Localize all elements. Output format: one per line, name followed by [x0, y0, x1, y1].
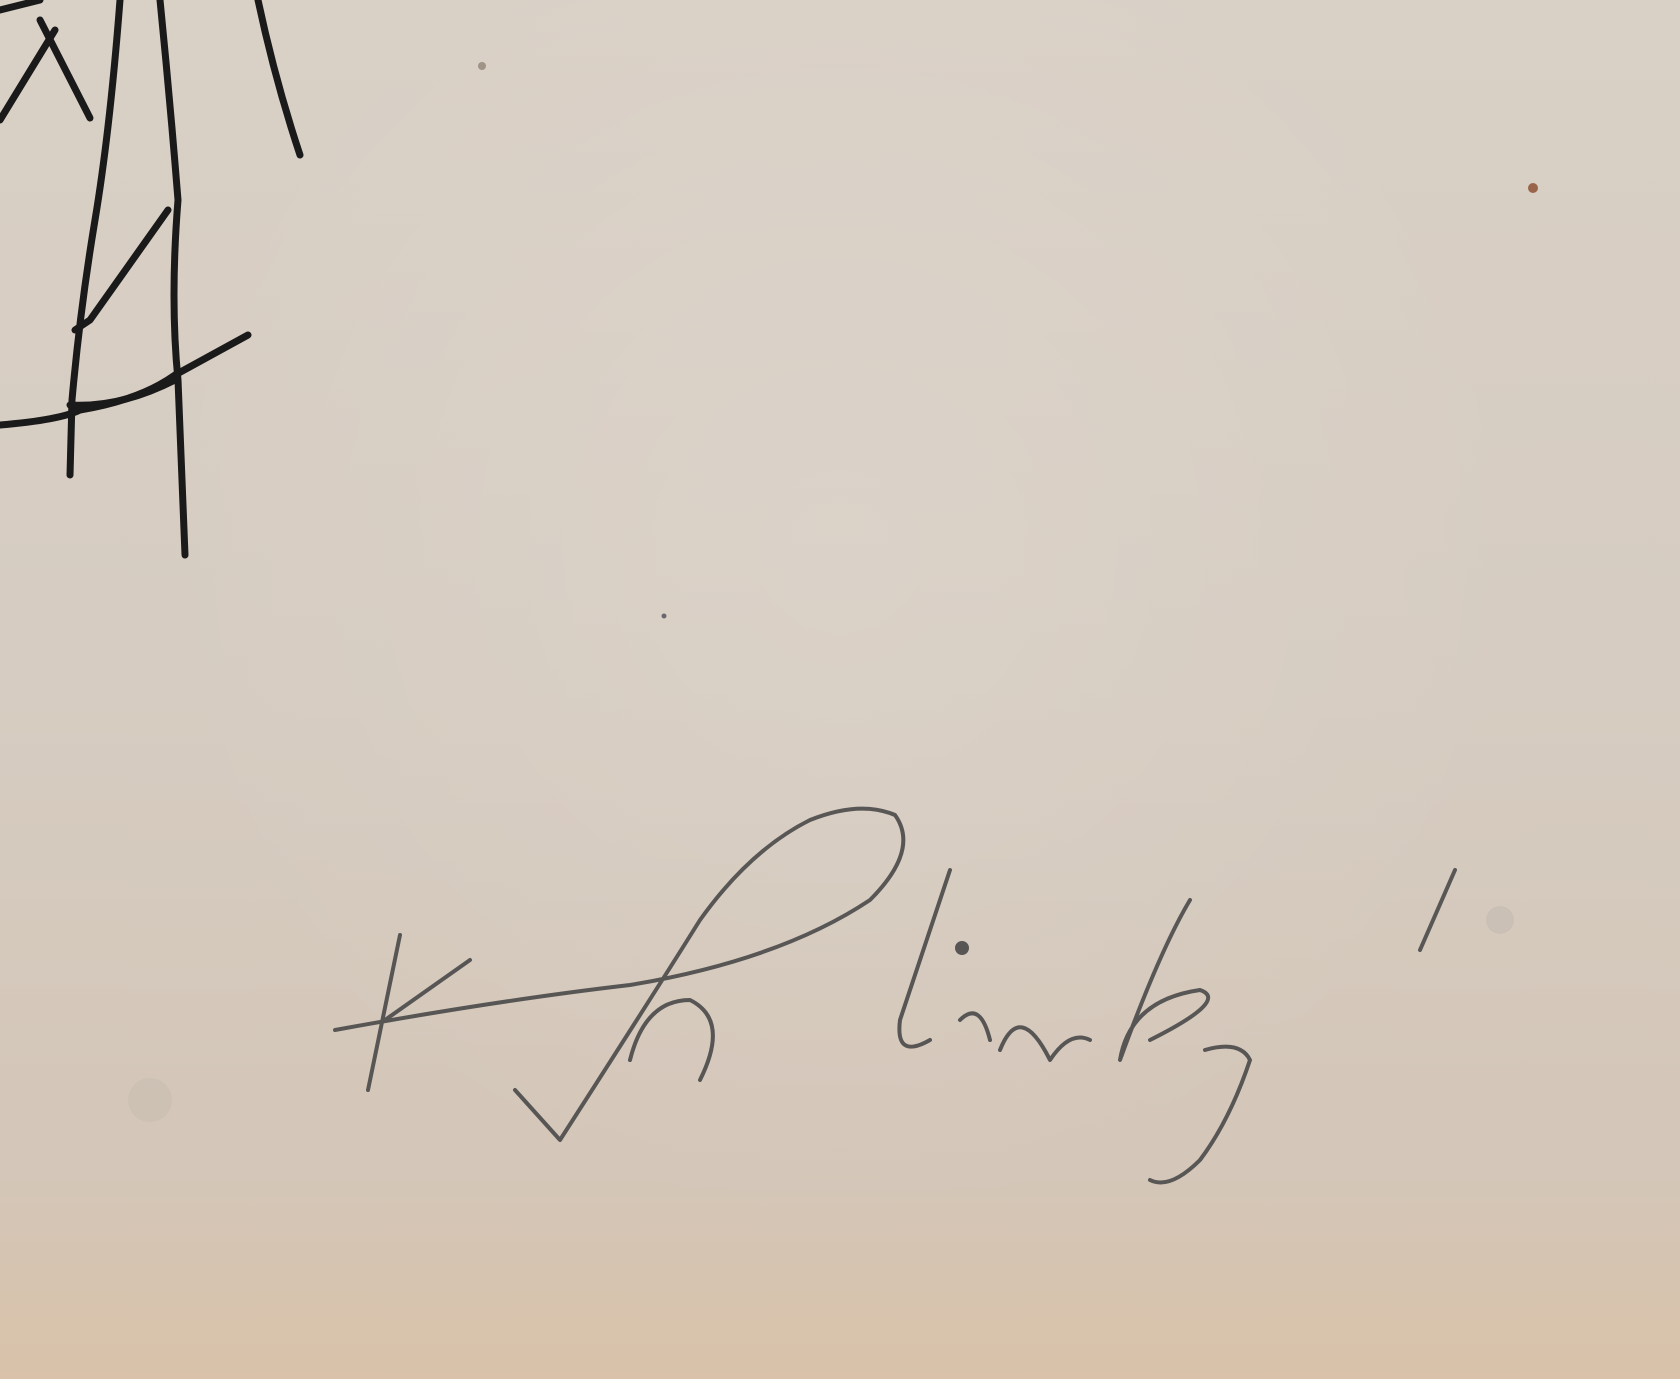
- paper-marks: [128, 62, 1538, 1122]
- pencil-signature: [335, 809, 1455, 1183]
- ink-drawing: [0, 0, 300, 555]
- paper-background: K. Sobinsky: [0, 0, 1680, 1379]
- artwork: [0, 0, 1680, 1379]
